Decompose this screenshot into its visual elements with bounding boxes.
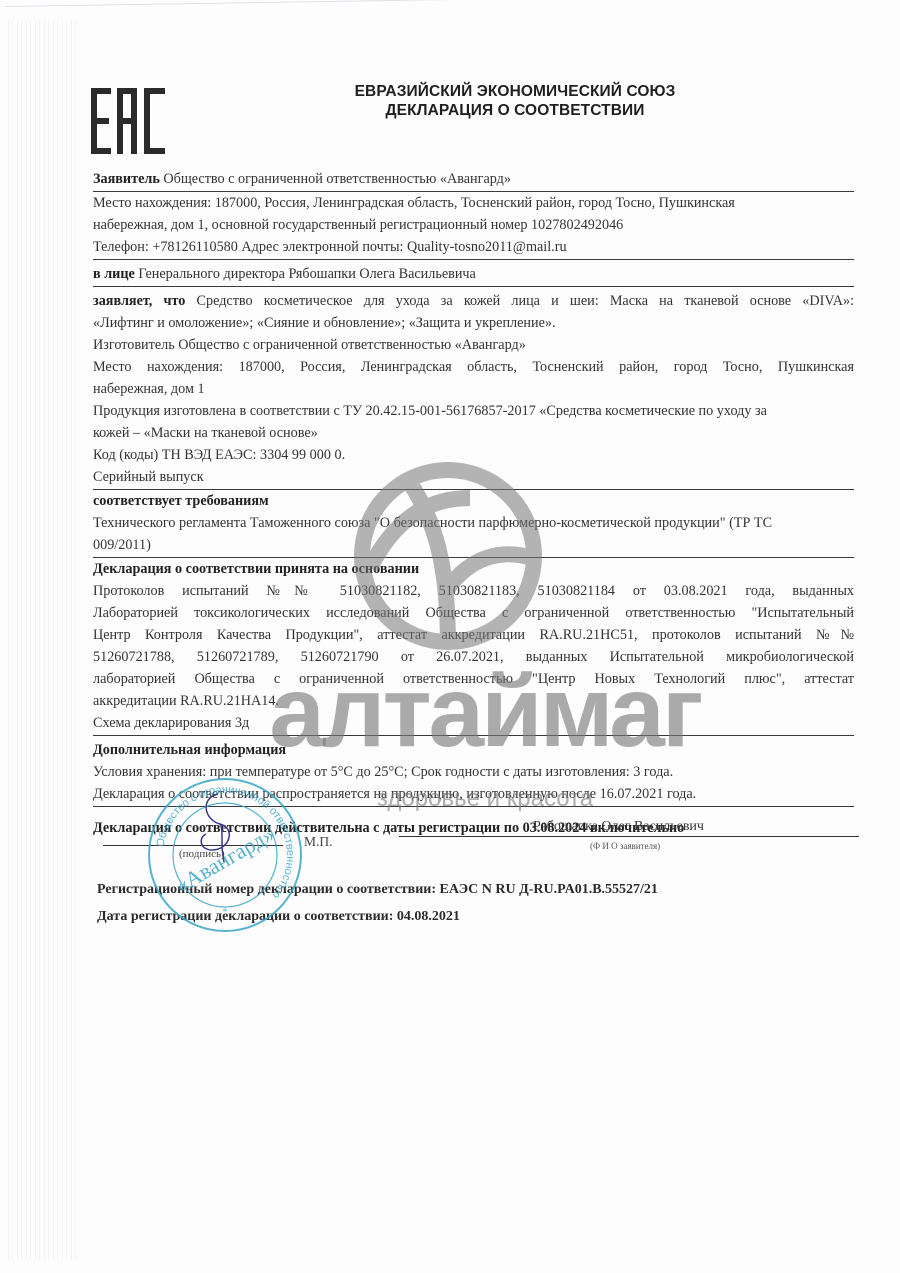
- manufacturer: Изготовитель Общество с ограниченной отв…: [93, 334, 854, 356]
- scan-artifact-strip: [8, 20, 78, 1260]
- applicant-address-line2: набережная, дом 1, основной государствен…: [93, 214, 854, 236]
- watermark-tagline: здоровье и красота: [250, 786, 720, 812]
- seal-label: М.П.: [304, 834, 333, 850]
- manufacturer-address-line1: Место нахождения: 187000, Россия, Ленинг…: [93, 356, 854, 378]
- watermark-logo-icon: [350, 458, 546, 654]
- representative-section: в лице Генерального директора Рябошапки …: [93, 263, 854, 287]
- product-line1: Средство косметическое для ухода за коже…: [197, 293, 854, 309]
- document-title: ДЕКЛАРАЦИЯ О СООТВЕТСТВИИ: [250, 101, 780, 120]
- svg-text:*: *: [223, 907, 228, 918]
- union-title: ЕВРАЗИЙСКИЙ ЭКОНОМИЧЕСКИЙ СОЮЗ: [250, 82, 780, 101]
- signatory-name: Рябошапка Олег Васильевич: [533, 819, 704, 835]
- declares-label: заявляет, что: [93, 293, 185, 309]
- applicant-contacts: Телефон: +78126110580 Адрес электронной …: [93, 236, 854, 258]
- document-header: ЕВРАЗИЙСКИЙ ЭКОНОМИЧЕСКИЙ СОЮЗ ДЕКЛАРАЦИ…: [250, 82, 780, 120]
- standard-line1: Продукция изготовлена в соответствии с Т…: [93, 400, 854, 422]
- name-label: (Ф И О заявителя): [590, 841, 660, 851]
- scan-edge: [5, 0, 900, 21]
- applicant-section: Заявитель Общество с ограниченной ответс…: [93, 168, 854, 192]
- name-line: [399, 836, 859, 837]
- representative-value: Генерального директора Рябошапки Олега В…: [138, 266, 475, 282]
- standard-line2: кожей – «Маски на тканевой основе»: [93, 422, 854, 444]
- applicant-address-line1: Место нахождения: 187000, Россия, Ленинг…: [93, 192, 854, 214]
- eac-logo-icon: [91, 88, 165, 154]
- product-line2: «Лифтинг и омоложение»; «Сияние и обновл…: [93, 312, 854, 334]
- handwritten-signature-icon: [190, 790, 250, 865]
- manufacturer-address-line2: набережная, дом 1: [93, 378, 854, 400]
- applicant-address-section: Место нахождения: 187000, Россия, Ленинг…: [93, 192, 854, 260]
- applicant-name: Общество с ограниченной ответственностью…: [163, 171, 511, 187]
- applicant-label: Заявитель: [93, 171, 160, 187]
- representative-label: в лице: [93, 266, 135, 282]
- watermark-brand: алтаймаг: [250, 662, 720, 762]
